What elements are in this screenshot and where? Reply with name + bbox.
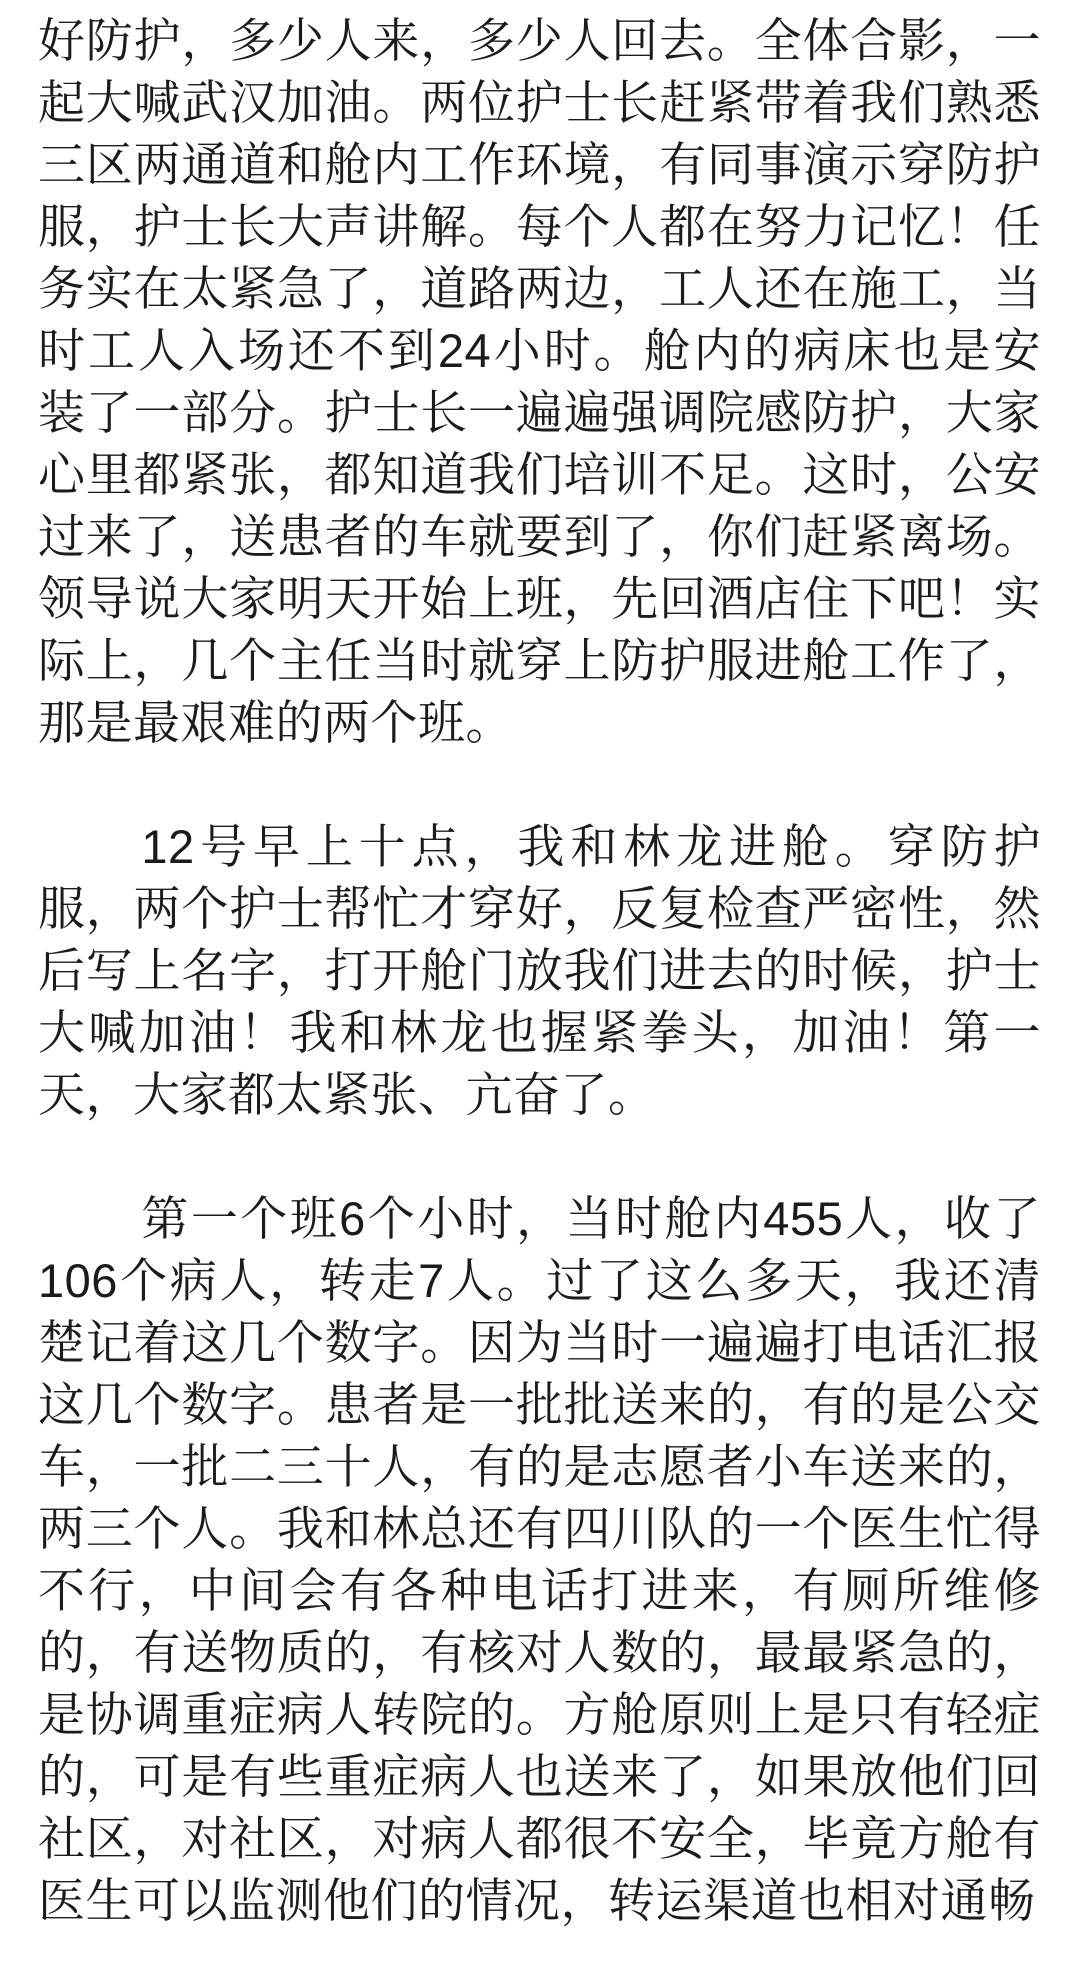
text-body: 好防护，多少人来，多少人回去。全体合影，一起大喊武汉加油。两位护士长赶紧带着我们… xyxy=(38,10,1041,1932)
paragraph-entering-cabin: 12号早上十点，我和林龙进舱。穿防护服，两个护士帮忙才穿好，反复检查严密性，然后… xyxy=(38,816,1041,1126)
document-page: 好防护，多少人来，多少人回去。全体合影，一起大喊武汉加油。两位护士长赶紧带着我们… xyxy=(0,0,1077,1975)
paragraph-continuation: 好防护，多少人来，多少人回去。全体合影，一起大喊武汉加油。两位护士长赶紧带着我们… xyxy=(38,10,1041,754)
paragraph-first-shift: 第一个班6个小时，当时舱内455人，收了106个病人，转走7人。过了这么多天，我… xyxy=(38,1188,1041,1932)
